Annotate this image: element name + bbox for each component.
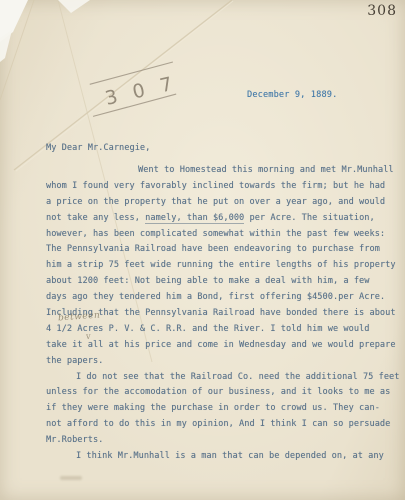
letter-line: Mr.Roberts. (46, 433, 376, 449)
letter-line: not take any less, namely, than $6,000 p… (46, 211, 376, 227)
letter-line: The Pennsylvania Railroad have been ende… (46, 242, 376, 258)
letter-line: take it all at his price and come in Wed… (46, 338, 376, 354)
letter-line: unless for the accomodation of our busin… (46, 385, 376, 401)
letter-line: the papers. (46, 354, 376, 370)
letter-line: him a strip 75 feet wide running the ent… (46, 258, 376, 274)
letter-line: I think Mr.Munhall is a man that can be … (46, 449, 376, 465)
torn-corner (0, 0, 28, 42)
letter-line: 4 1/2 Acres P. V. & C. R.R. and the Rive… (46, 322, 376, 338)
date-line: December 9, 1889. (247, 90, 337, 100)
handwritten-page-number: 3 0 7 (86, 58, 186, 120)
letter-line: however, has been complicated somewhat w… (46, 227, 376, 243)
letter-line: about 1200 feet: Not being able to make … (46, 274, 376, 290)
underlined-phrase: namely, than $6,000 (145, 213, 244, 225)
salutation: My Dear Mr.Carnegie, (46, 143, 150, 153)
letter-line: whom I found very favorably inclined tow… (46, 179, 376, 195)
letter-line: a price on the property that he put on o… (46, 195, 376, 211)
letter-line: if they were making the purchase in orde… (46, 401, 376, 417)
archive-page-number: 308 (367, 3, 397, 19)
pencil-smudge (60, 476, 82, 480)
letter-page: 308 3 0 7 December 9, 1889. My Dear Mr.C… (0, 0, 405, 500)
letter-line: not afford to do this in my opinion, And… (46, 417, 376, 433)
letter-line: I do not see that the Railroad Co. need … (46, 370, 376, 386)
insertion-caret-mark: v (86, 332, 91, 341)
letter-line: Went to Homestead this morning and met M… (46, 163, 376, 179)
letter-line: days ago they tendered him a Bond, first… (46, 290, 376, 306)
